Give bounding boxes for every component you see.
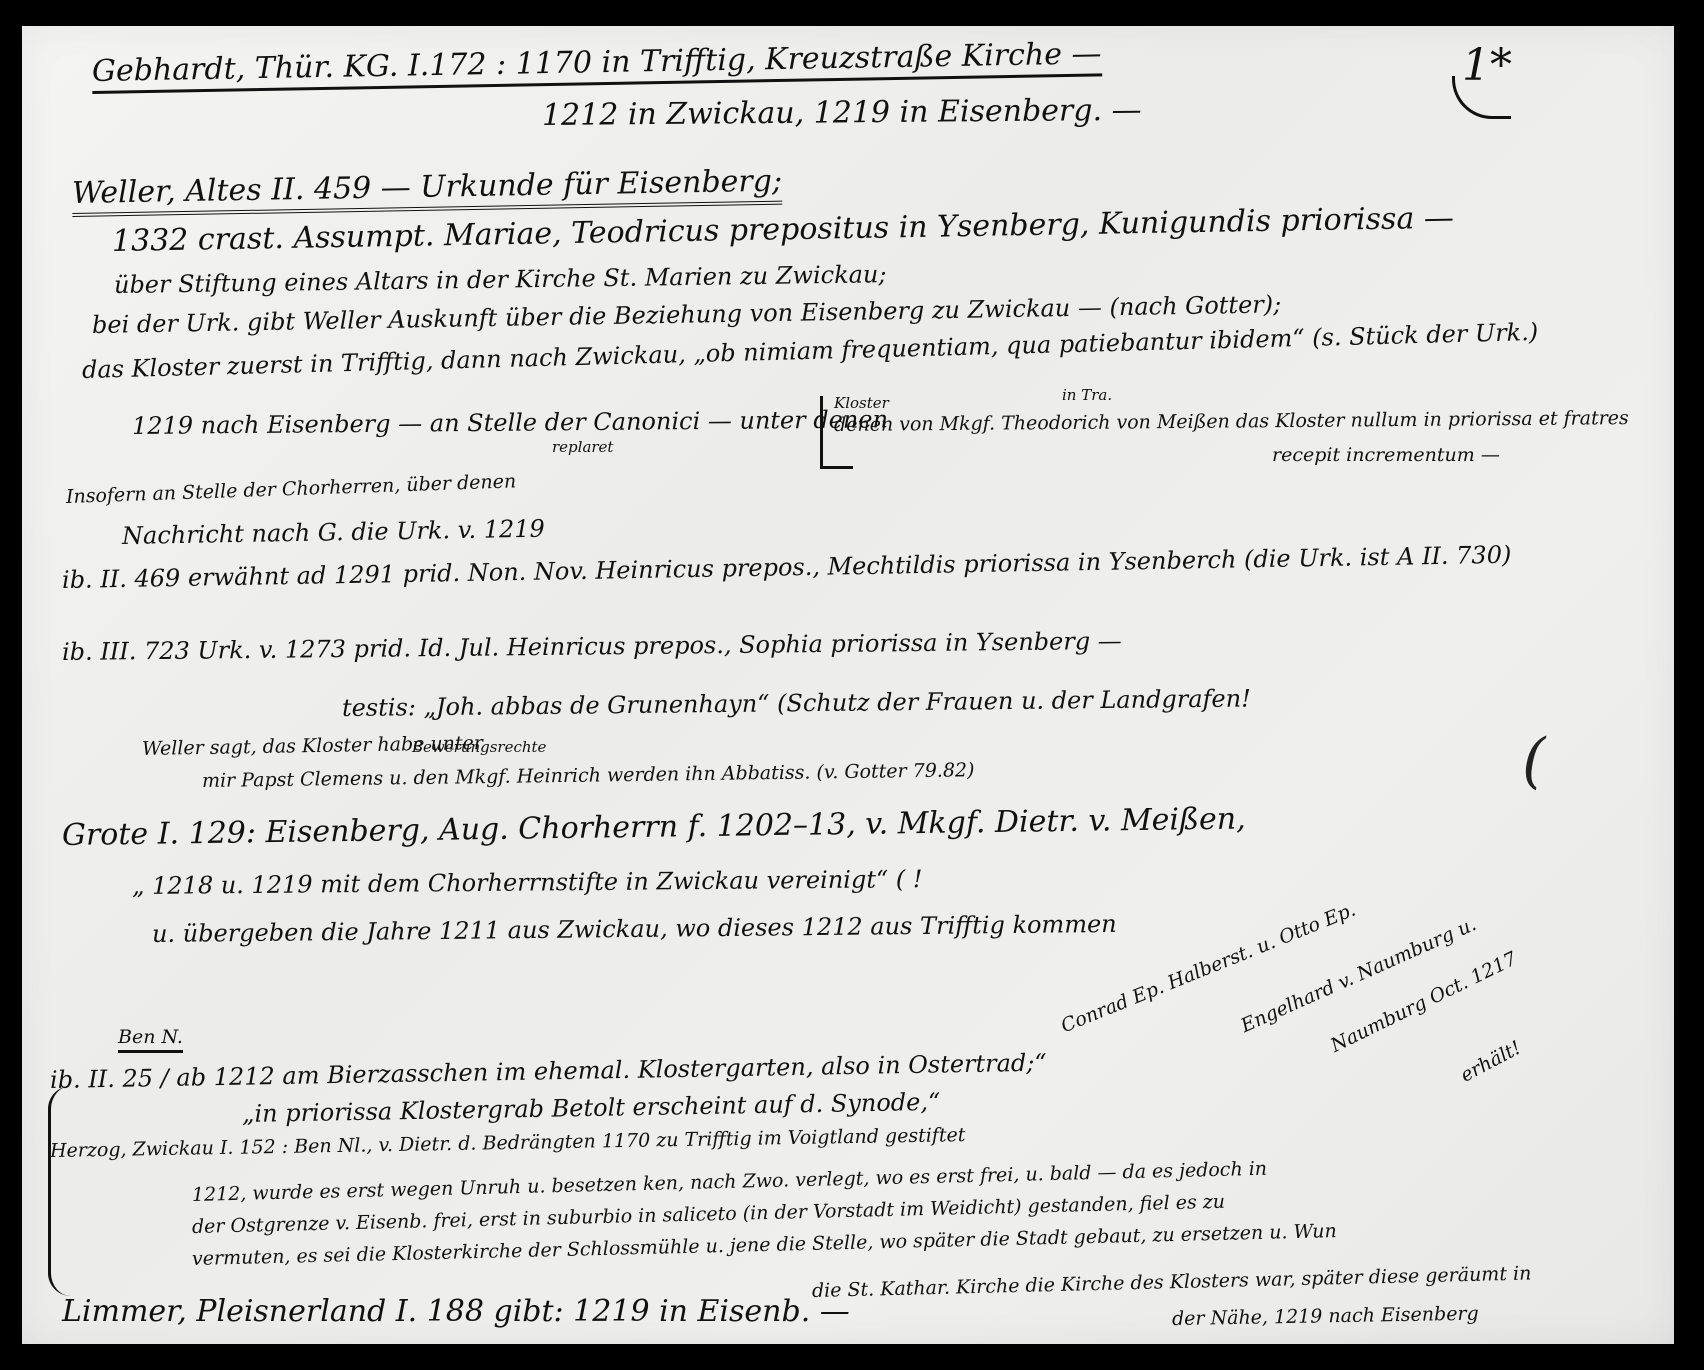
- line-incrementum: recepit incrementum —: [1272, 444, 1500, 466]
- margin-mark: (: [1522, 726, 1545, 796]
- line-limmer: Limmer, Pleisnerland I. 188 gibt: 1219 i…: [62, 1294, 850, 1329]
- manuscript-page: 1* Gebhardt, Thür. KG. I.172 : 1170 in T…: [22, 26, 1674, 1344]
- line-text: Weller, Altes II. 459 — Urkunde für Eise…: [72, 164, 783, 217]
- line-replaret: replaret: [552, 438, 613, 456]
- line-kloster-insert: Kloster: [834, 394, 889, 412]
- line-1212: 1212 in Zwickau, 1219 in Eisenberg. —: [542, 93, 1142, 133]
- line-betolt: „in priorissa Klostergrab Betolt erschei…: [242, 1088, 941, 1128]
- line-insofern: Insofern an Stelle der Chorherren, über …: [66, 470, 517, 508]
- line-gebhardt: Gebhardt, Thür. KG. I.172 : 1170 in Trif…: [92, 36, 1102, 89]
- line-kathar: die St. Kathar. Kirche die Kirche des Kl…: [812, 1262, 1532, 1302]
- line-theodorich: denen von Mkgf. Theodorich von Meißen da…: [834, 407, 1629, 436]
- line-1219-canonici: 1219 nach Eisenberg — an Stelle der Cano…: [132, 405, 888, 440]
- line-erhaelt: erhält!: [1457, 1037, 1525, 1087]
- line-text: Gebhardt, Thür. KG. I.172 : 1170 in Trif…: [92, 36, 1102, 94]
- page-number-arc: [1452, 76, 1511, 119]
- line-ib-469: ib. II. 469 erwähnt ad 1291 prid. Non. N…: [62, 541, 1512, 594]
- line-altar: über Stiftung eines Altars in der Kirche…: [114, 260, 887, 299]
- line-in-tra: in Tra.: [1062, 386, 1112, 404]
- line-herzog: Herzog, Zwickau I. 152 : Ben Nl., v. Die…: [50, 1124, 966, 1162]
- line-clemens: mir Papst Clemens u. den Mkgf. Heinrich …: [202, 759, 975, 792]
- line-uebergeben: u. übergeben die Jahre 1211 aus Zwickau,…: [152, 910, 1117, 948]
- line-1218: „ 1218 u. 1219 mit dem Chorherrnstifte i…: [132, 865, 923, 900]
- line-nachricht: Nachricht nach G. die Urk. v. 1219: [122, 515, 545, 550]
- line-testis: testis: „Joh. abbas de Grunenhayn“ (Schu…: [342, 684, 1251, 722]
- line-ib-25: ib. II. 25 / ab 1212 am Bierzasschen im …: [50, 1049, 1047, 1094]
- line-naehe: der Nähe, 1219 nach Eisenberg: [1172, 1303, 1479, 1330]
- margin-brace: [48, 1086, 71, 1296]
- line-grote: Grote I. 129: Eisenberg, Aug. Chorherrn …: [62, 801, 1246, 853]
- line-ben-n: Ben N.: [118, 1026, 183, 1048]
- line-text: Ben N.: [118, 1026, 183, 1053]
- line-ib-723: ib. III. 723 Urk. v. 1273 prid. Id. Jul.…: [62, 627, 1122, 666]
- line-weller: Weller, Altes II. 459 — Urkunde für Eise…: [72, 164, 783, 211]
